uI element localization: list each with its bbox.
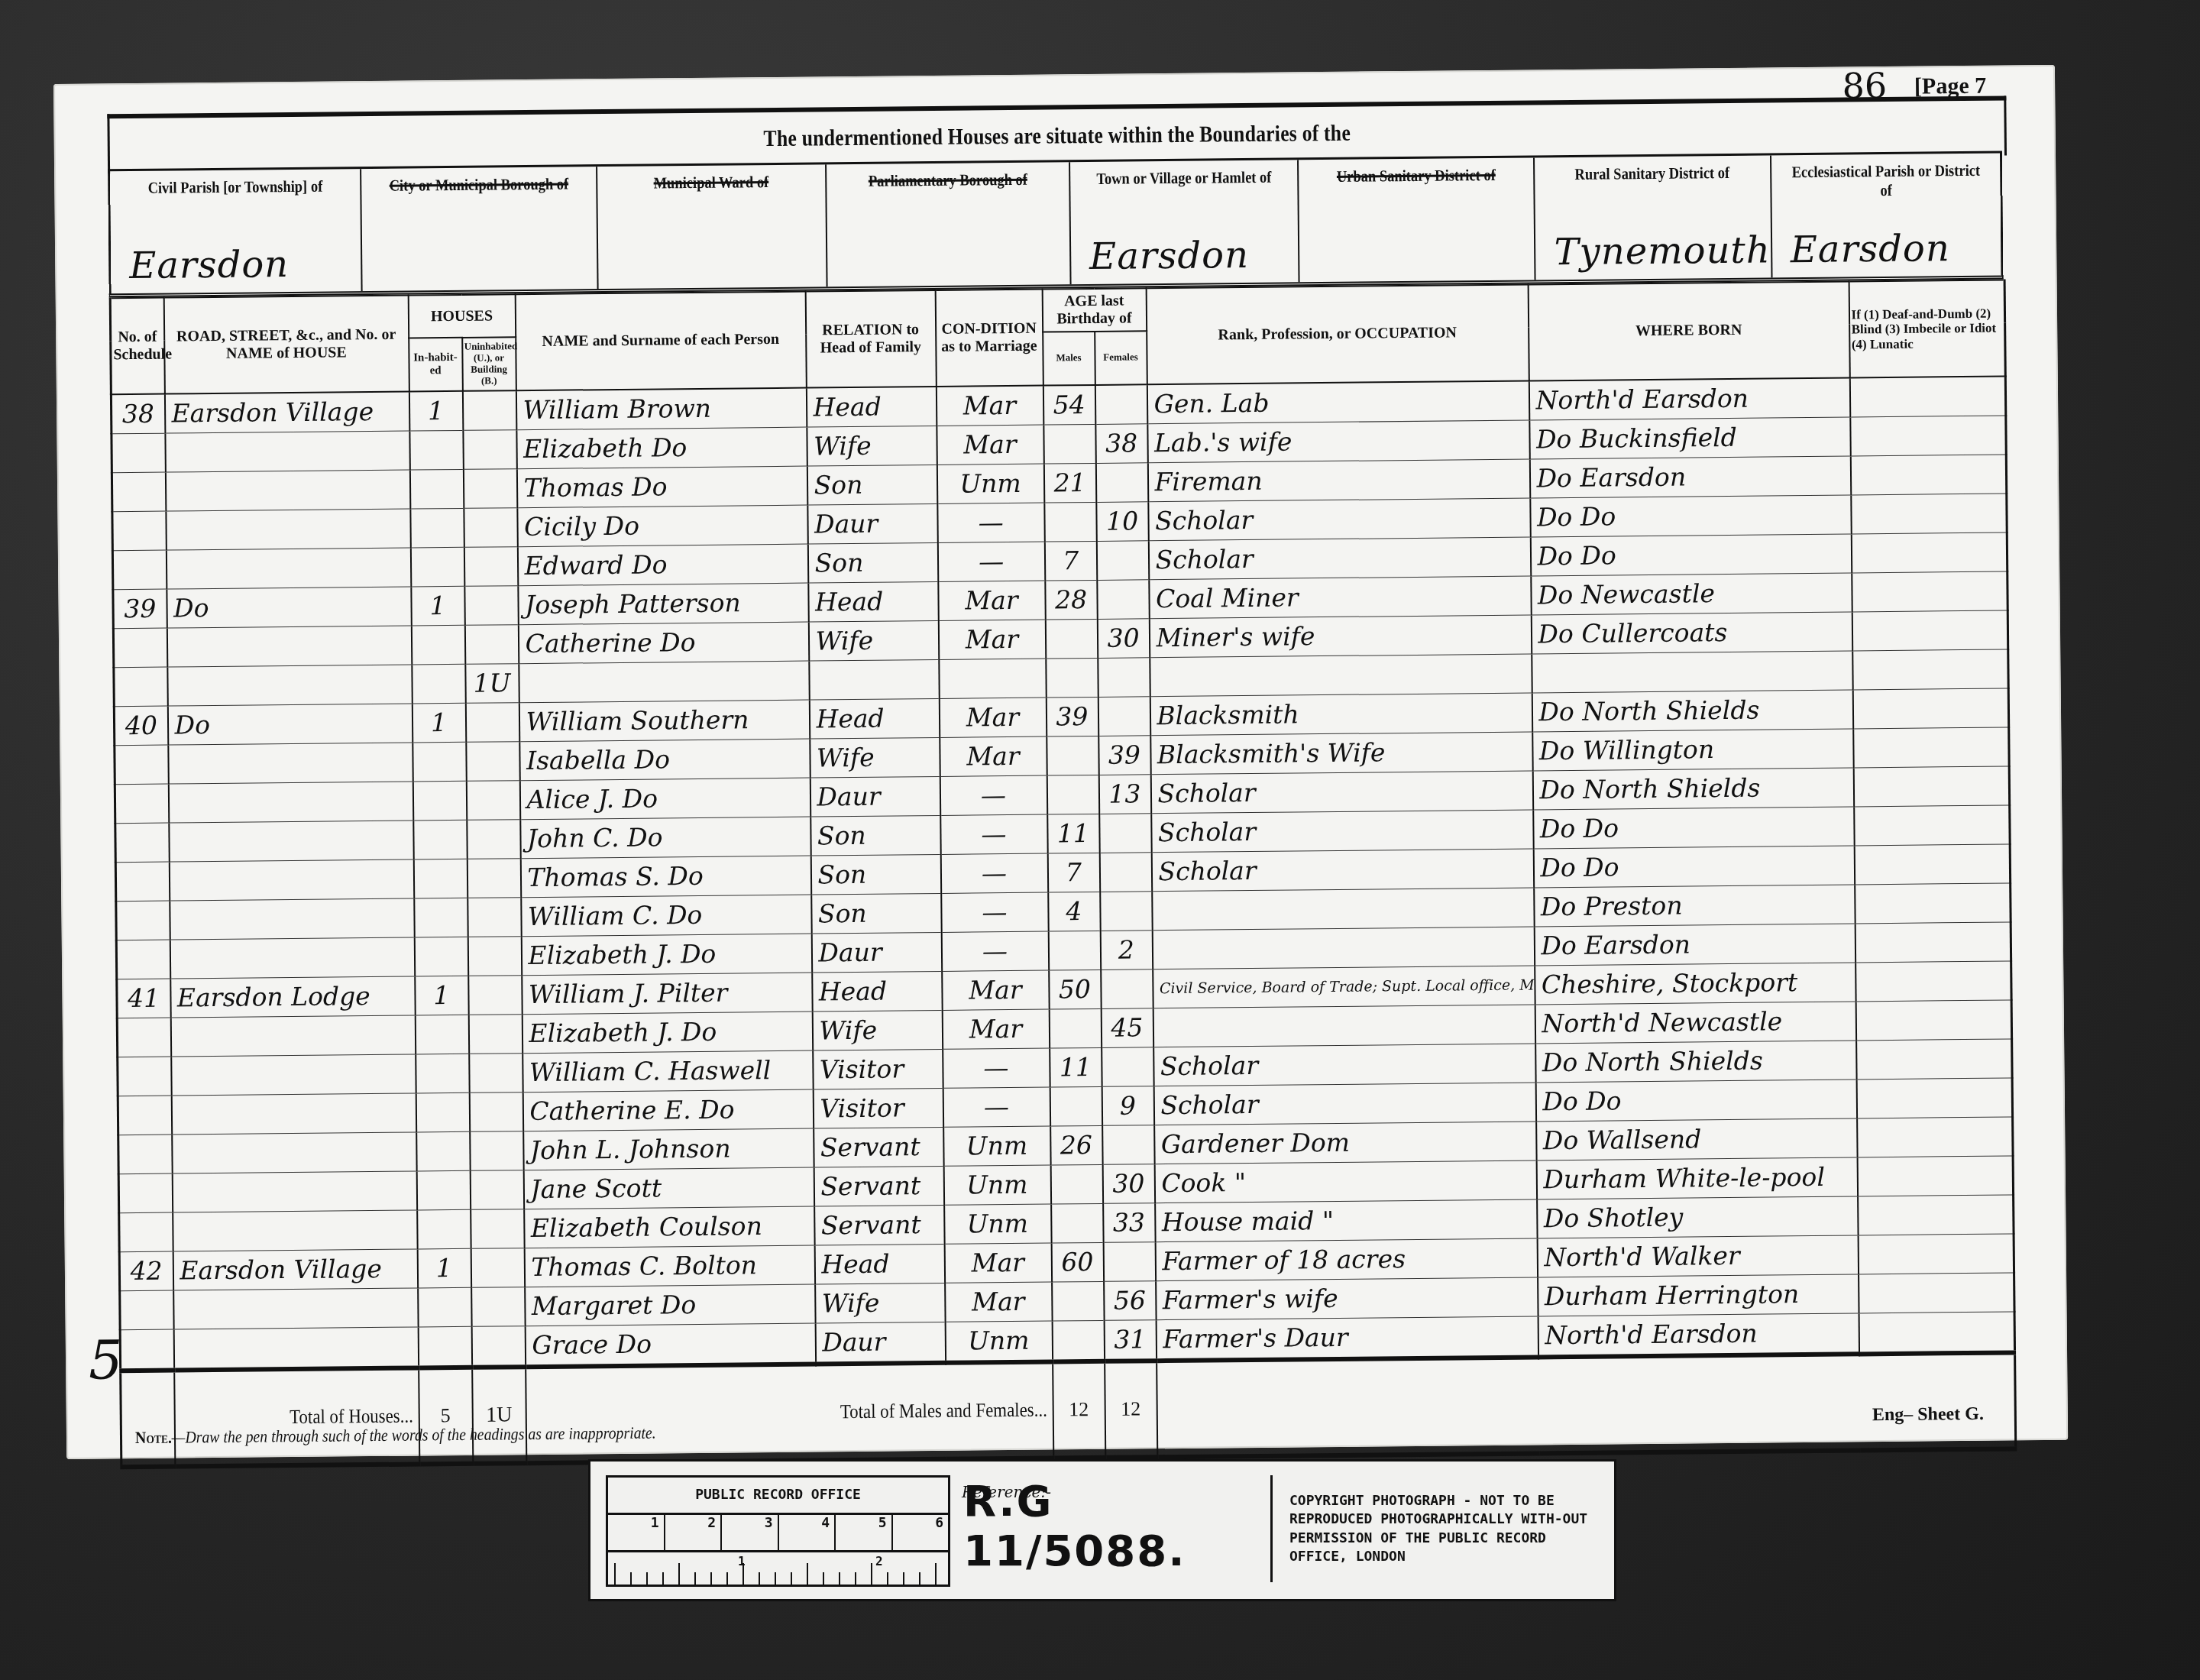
cell-inhabited [414, 937, 467, 976]
tick-mark [630, 1572, 632, 1586]
tick-mark [935, 1563, 937, 1586]
cell-female-age [1096, 541, 1148, 581]
cell-relation: Wife [807, 426, 937, 466]
cell-born: Do Cullercoats [1531, 612, 1852, 654]
cell-infirmity [1857, 1117, 2013, 1157]
cell-occupation: Scholar [1151, 849, 1533, 892]
cell-male-age [1050, 1164, 1102, 1204]
cell-occupation [1153, 1005, 1535, 1047]
cell-born: Do Buckinsfield [1529, 417, 1850, 459]
cell-condition: Mar [944, 1243, 1051, 1283]
reference-box: Reference:- R.G 11/5088. [950, 1475, 1273, 1582]
cell-infirmity [1856, 1078, 2012, 1118]
cell-uninhabited [467, 936, 521, 976]
pro-reference-strip: PUBLIC RECORD OFFICE 123456 12 Reference… [588, 1459, 1616, 1601]
cell-male-age: 50 [1049, 969, 1101, 1009]
cell-relation: Wife [808, 620, 938, 661]
cell-inhabited [414, 898, 467, 937]
cell-inhabited [418, 1326, 472, 1368]
cell-infirmity [1859, 1312, 2015, 1354]
cell-schedule: 40 [114, 706, 167, 746]
totals-row: Total of Houses... 5 1U Total of Males a… [121, 1352, 2016, 1467]
cell-female-age [1100, 891, 1152, 931]
col-age: AGE last Birthday of [1042, 288, 1147, 332]
cell-name: Elizabeth Do [516, 427, 807, 469]
cell-inhabited: 1 [411, 586, 464, 626]
cell-name: Elizabeth J. Do [522, 1012, 812, 1054]
cell-inhabited [413, 820, 467, 859]
cell-occupation: Scholar [1153, 1044, 1535, 1086]
col-condition: CON-DITION as to Marriage [935, 290, 1043, 387]
cell-female-age [1102, 1125, 1154, 1164]
cell-relation: Son [810, 815, 940, 856]
cell-infirmity [1850, 416, 2006, 456]
reference-value: R.G 11/5088. [963, 1477, 1270, 1576]
cell-inhabited: 1 [409, 391, 462, 431]
boundary-parliamentary-borough: Parliamentary Borough of [827, 162, 1072, 286]
cell-occupation: Farmer's wife [1156, 1277, 1538, 1320]
cell-road [170, 1015, 415, 1057]
cell-name: Grace Do [525, 1323, 815, 1367]
cell-uninhabited [470, 1170, 523, 1209]
col-name: NAME and Surname of each Person [515, 292, 806, 390]
cell-infirmity [1851, 532, 2007, 573]
cell-name: Jane Scott [523, 1167, 814, 1209]
cell-condition: — [943, 1087, 1050, 1127]
tick-mark [823, 1572, 824, 1586]
boundary-ecclesiastical: Ecclesiastical Parish or District of Ear… [1771, 154, 2001, 278]
cell-male-age: 28 [1045, 580, 1097, 620]
tick-mark [759, 1572, 760, 1586]
cell-infirmity [1853, 766, 2009, 807]
cell-inhabited [409, 430, 463, 470]
cell-condition: Mar [938, 620, 1045, 659]
cell-born: Do North Shields [1532, 768, 1853, 810]
cell-schedule [118, 1173, 172, 1213]
cell-condition: Mar [945, 1282, 1052, 1322]
cell-name: Cicily Do [517, 505, 807, 547]
cm-mark: 2 [665, 1515, 723, 1550]
cell-female-age: 9 [1102, 1086, 1153, 1125]
cell-name: Thomas S. Do [520, 856, 810, 898]
cell-condition: Mar [939, 698, 1046, 737]
boundary-town-village: Town or Village or Hamlet of Earsdon [1070, 160, 1300, 284]
cell-inhabited [418, 1287, 471, 1327]
cell-relation: Servant [814, 1127, 943, 1167]
cell-schedule [116, 901, 170, 940]
cell-name: Isabella Do [519, 739, 810, 781]
cell-road [173, 1288, 418, 1329]
cell-occupation: Civil Service, Board of Trade; Supt. Loc… [1153, 966, 1535, 1008]
cell-name: Catherine E. Do [522, 1089, 813, 1131]
cell-born: Do Shotley [1537, 1196, 1858, 1238]
cell-female-age [1103, 1241, 1155, 1281]
cell-name: William C. Haswell [522, 1050, 813, 1092]
cell-schedule: 39 [113, 589, 167, 629]
cell-schedule [118, 1057, 171, 1096]
cell-uninhabited [464, 546, 517, 586]
cell-condition: Unm [943, 1165, 1050, 1205]
cell-born: Cheshire, Stockport [1535, 963, 1855, 1005]
cell-uninhabited [471, 1248, 524, 1287]
col-relation: RELATION to Head of Family [805, 290, 936, 387]
boundary-rural-sanitary: Rural Sanitary District of Tynemouth [1535, 155, 1772, 280]
col-houses: HOUSES [408, 294, 516, 338]
cell-road [167, 626, 411, 667]
boundary-urban-sanitary: Urban Sanitary District of [1299, 157, 1536, 282]
cell-relation: Head [808, 581, 938, 622]
cell-road [168, 782, 412, 823]
cell-uninhabited [467, 819, 520, 859]
col-born: WHERE BORN [1528, 281, 1849, 380]
cell-uninhabited [463, 429, 516, 469]
cell-born: Do Do [1533, 807, 1854, 849]
cell-relation: Wife [810, 737, 940, 778]
cell-relation: Daur [810, 776, 940, 817]
cell-infirmity [1852, 571, 2007, 612]
tick-mark [855, 1572, 856, 1586]
cell-condition: — [937, 542, 1044, 581]
boundary-civil-parish: Civil Parish [or Township] of Earsdon [110, 169, 363, 293]
cell-male-age [1049, 1008, 1101, 1048]
col-infirmity: If (1) Deaf-and-Dumb (2) Blind (3) Imbec… [1849, 280, 2005, 377]
col-males: Males [1043, 332, 1095, 385]
col-occupation: Rank, Profession, or OCCUPATION [1146, 284, 1529, 384]
cell-relation: Son [810, 854, 940, 895]
cell-female-age: 33 [1103, 1203, 1155, 1242]
cell-born: Do Wallsend [1536, 1118, 1857, 1160]
cell-occupation: Miner's wife [1149, 615, 1531, 658]
cell-male-age [1044, 502, 1096, 542]
cell-relation: Visitor [813, 1049, 943, 1089]
cell-condition: Mar [942, 1009, 1049, 1049]
cell-male-age: 60 [1051, 1242, 1103, 1282]
cell-infirmity [1856, 1039, 2012, 1080]
cell-born: Do Do [1533, 846, 1854, 888]
cell-road: Earsdon Lodge [170, 976, 415, 1018]
cell-uninhabited [464, 624, 518, 664]
cell-road [173, 1210, 417, 1251]
tick-mark [887, 1572, 888, 1586]
cell-inhabited: 1 [417, 1248, 471, 1288]
cell-female-age [1099, 853, 1151, 892]
cell-male-age [1047, 736, 1098, 775]
total-uninhabited: 1U [472, 1367, 526, 1464]
cell-born: North'd Newcastle [1535, 1002, 1855, 1044]
tick-mark [903, 1572, 904, 1586]
cell-inhabited [416, 1131, 470, 1171]
tick-mark [775, 1572, 776, 1586]
cell-relation [809, 659, 939, 700]
cell-male-age: 54 [1043, 385, 1095, 425]
cell-relation: Head [809, 698, 939, 739]
cell-road [169, 859, 413, 901]
cell-road: Earsdon Village [173, 1249, 417, 1290]
cell-relation: Son [807, 542, 937, 583]
cell-infirmity [1849, 376, 2005, 416]
cell-name: Joseph Patterson [518, 583, 808, 625]
cell-male-age: 21 [1043, 463, 1095, 503]
tick-mark [726, 1572, 728, 1586]
cell-uninhabited [467, 858, 520, 898]
cell-occupation: Farmer's Daur [1156, 1316, 1538, 1361]
cell-road [171, 1093, 416, 1135]
census-sheet: 86 [Page 7 The undermentioned Houses are… [53, 65, 2068, 1459]
cell-born: Do Do [1530, 534, 1851, 576]
cell-inhabited [416, 1092, 469, 1132]
cell-female-age: 10 [1096, 502, 1148, 542]
cell-name: William Southern [519, 700, 809, 742]
cell-name: Thomas C. Bolton [524, 1245, 814, 1287]
cell-infirmity [1852, 688, 2008, 729]
tick-mark [871, 1563, 872, 1586]
cell-uninhabited [465, 702, 519, 742]
cell-relation: Head [806, 387, 936, 427]
cell-occupation: Scholar [1148, 498, 1530, 541]
cell-female-age: 30 [1097, 619, 1149, 659]
boundaries-row: Civil Parish [or Township] of Earsdon Ci… [108, 151, 2003, 298]
cell-road [173, 1327, 418, 1371]
cell-female-age [1102, 1047, 1153, 1086]
cell-uninhabited [464, 585, 518, 625]
cell-schedule [112, 433, 165, 473]
cell-condition: — [940, 853, 1047, 893]
cell-schedule [115, 784, 168, 824]
cm-mark: 3 [722, 1515, 779, 1550]
cell-male-age [1043, 424, 1095, 464]
col-females: Females [1095, 331, 1147, 384]
cell-female-age: 45 [1101, 1008, 1153, 1047]
cell-uninhabited [466, 741, 519, 781]
cell-uninhabited [471, 1287, 525, 1326]
cell-born: North'd Earsdon [1529, 377, 1849, 420]
cell-relation: Son [811, 893, 941, 934]
cell-inhabited [415, 1015, 468, 1054]
cell-condition: — [941, 892, 1048, 932]
cell-infirmity [1858, 1234, 2014, 1274]
cell-schedule [115, 823, 169, 863]
cell-male-age [1047, 775, 1098, 814]
cell-male-age: 26 [1050, 1125, 1102, 1165]
cell-schedule [115, 862, 169, 902]
cell-name [519, 661, 809, 703]
tick-mark [919, 1572, 920, 1586]
cell-female-age [1099, 814, 1151, 853]
copyright-notice: COPYRIGHT PHOTOGRAPH - NOT TO BE REPRODU… [1289, 1492, 1595, 1566]
cell-relation: Servant [814, 1166, 943, 1206]
inch-scale: 12 [608, 1552, 948, 1586]
cell-uninhabited [471, 1209, 524, 1248]
cell-male-age [1051, 1203, 1103, 1243]
cell-inhabited [416, 1054, 469, 1093]
cell-name: William C. Do [521, 895, 811, 937]
cell-condition: Unm [945, 1321, 1053, 1363]
cell-infirmity [1853, 727, 2009, 768]
cell-uninhabited [469, 1092, 522, 1131]
cell-infirmity [1851, 494, 2007, 534]
cell-uninhabited [464, 507, 517, 547]
cell-occupation [1150, 654, 1532, 697]
cell-name: Alice J. Do [519, 778, 810, 820]
cell-female-age: 39 [1098, 736, 1150, 775]
form-title: The undermentioned Houses are situate wi… [242, 115, 1872, 157]
cell-schedule: 41 [117, 979, 170, 1018]
cell-female-age: 13 [1098, 775, 1150, 814]
cell-schedule [114, 667, 167, 707]
cell-relation: Wife [812, 1010, 942, 1050]
census-form: 86 [Page 7 The undermentioned Houses are… [107, 96, 2014, 1383]
cell-condition: Unm [943, 1126, 1050, 1166]
tick-mark [791, 1572, 792, 1586]
cell-born: Do Earsdon [1534, 924, 1855, 966]
cell-occupation [1152, 927, 1534, 969]
cell-road [170, 937, 414, 979]
cell-schedule: 38 [111, 393, 164, 433]
cell-road [170, 898, 414, 940]
cell-female-age: 56 [1104, 1280, 1156, 1320]
cell-born: North'd Walker [1537, 1235, 1858, 1277]
cell-infirmity [1859, 1273, 2014, 1313]
inch-mark: 1 [738, 1554, 746, 1568]
tick-mark [710, 1572, 712, 1586]
cell-road [168, 743, 412, 784]
cell-infirmity [1854, 805, 2010, 846]
cell-male-age: 11 [1047, 814, 1099, 853]
cell-inhabited [417, 1209, 471, 1249]
cell-condition: Unm [937, 464, 1043, 503]
cell-schedule [119, 1212, 173, 1252]
inch-mark: 2 [875, 1554, 883, 1568]
cell-infirmity [1857, 1156, 2013, 1196]
cell-relation: Head [812, 971, 942, 1012]
cell-inhabited: 1 [415, 976, 468, 1015]
cell-female-age [1098, 697, 1150, 736]
cell-occupation: Cook " [1154, 1160, 1536, 1203]
cell-female-age: 2 [1100, 930, 1152, 969]
cell-inhabited [411, 625, 464, 665]
cell-born: Do Do [1530, 495, 1851, 537]
cell-name: John C. Do [520, 817, 810, 859]
cell-inhabited [412, 664, 465, 704]
cell-condition: Mar [940, 736, 1047, 776]
cell-inhabited [410, 508, 464, 548]
cell-born: North'd Earsdon [1538, 1313, 1859, 1358]
cell-uninhabited [468, 975, 522, 1015]
col-uninhabited: Uninhabited (U.), or Building (B.) [462, 337, 516, 390]
cell-infirmity [1858, 1195, 2014, 1235]
cell-condition: — [941, 931, 1048, 971]
total-females: 12 [1105, 1361, 1157, 1458]
cell-infirmity [1852, 649, 2008, 690]
cell-name: Margaret Do [525, 1284, 815, 1326]
cell-road [167, 665, 412, 706]
cell-schedule [117, 1018, 170, 1057]
cell-female-age [1098, 658, 1150, 698]
cell-uninhabited [463, 468, 516, 508]
cell-relation: Wife [815, 1283, 945, 1323]
cell-inhabited [409, 469, 463, 509]
cell-male-age: 39 [1046, 697, 1098, 736]
cell-name: Elizabeth J. Do [521, 934, 811, 976]
cell-uninhabited [468, 1014, 522, 1054]
cell-condition: Unm [944, 1204, 1051, 1244]
cell-condition: Mar [936, 385, 1043, 426]
cell-relation: Son [807, 465, 937, 505]
cell-name: John L. Johnson [523, 1128, 814, 1170]
cell-name: William Brown [516, 387, 806, 429]
cell-name: Elizabeth Coulson [524, 1206, 814, 1248]
cell-uninhabited [470, 1131, 523, 1170]
cell-occupation: Blacksmith [1150, 693, 1532, 736]
boundary-municipal-borough: City or Municipal Borough of [361, 167, 599, 291]
cell-inhabited [413, 859, 467, 898]
cell-condition: — [940, 775, 1047, 815]
cell-infirmity [1855, 961, 2011, 1002]
scale-ruler: PUBLIC RECORD OFFICE 123456 12 [606, 1475, 950, 1587]
cell-uninhabited [462, 390, 516, 430]
cell-condition: Mar [938, 581, 1045, 620]
cell-born: Durham Herrington [1538, 1274, 1859, 1316]
cell-born [1532, 651, 1852, 693]
cell-schedule: 42 [119, 1251, 173, 1291]
cell-infirmity [1855, 1000, 2011, 1041]
cell-born: Do North Shields [1535, 1041, 1856, 1083]
cell-male-age [1045, 619, 1097, 659]
cell-road [165, 431, 409, 472]
cell-uninhabited [469, 1053, 522, 1092]
cell-schedule [118, 1096, 171, 1135]
cell-uninhabited [466, 780, 519, 820]
cell-female-age [1101, 969, 1153, 1008]
cell-inhabited [410, 547, 464, 587]
tick-mark [662, 1572, 664, 1586]
cell-road: Earsdon Village [164, 391, 409, 433]
cell-female-age [1095, 384, 1147, 424]
cell-road [166, 509, 410, 550]
cell-road [172, 1171, 416, 1212]
cell-male-age [1052, 1320, 1105, 1361]
cell-name: Thomas Do [516, 466, 807, 508]
cell-infirmity [1855, 883, 2011, 924]
cell-condition [939, 659, 1046, 698]
col-schedule: No. of Schedule [110, 298, 164, 394]
cell-schedule [120, 1329, 174, 1371]
cell-relation: Daur [811, 932, 941, 973]
sheet-mark: Eng– Sheet G. [1872, 1404, 1984, 1426]
cell-condition: — [937, 503, 1044, 542]
cell-schedule [116, 940, 170, 979]
boundary-municipal-ward: Municipal Ward of [598, 164, 828, 289]
margin-count: 5 [89, 1329, 123, 1391]
cell-schedule [118, 1135, 172, 1174]
cell-inhabited [412, 781, 466, 821]
cell-relation: Daur [807, 503, 937, 544]
cell-road [169, 821, 413, 862]
cell-born: Do Earsdon [1529, 456, 1850, 498]
cell-male-age: 7 [1047, 853, 1099, 892]
cell-male-age [1048, 931, 1100, 970]
cell-inhabited [412, 742, 466, 782]
cell-occupation: Fireman [1147, 459, 1529, 502]
cell-female-age [1095, 463, 1147, 503]
cell-born: Do Do [1535, 1080, 1856, 1122]
total-houses-label: Total of Houses... [203, 1368, 419, 1466]
cell-occupation: Blacksmith's Wife [1150, 732, 1532, 775]
total-persons-label: Total of Males and Females... [588, 1361, 1053, 1462]
cm-mark: 5 [836, 1515, 893, 1550]
cell-name: Catherine Do [518, 622, 808, 664]
census-rows: 38Earsdon Village1William BrownHeadMar54… [111, 376, 2014, 1371]
